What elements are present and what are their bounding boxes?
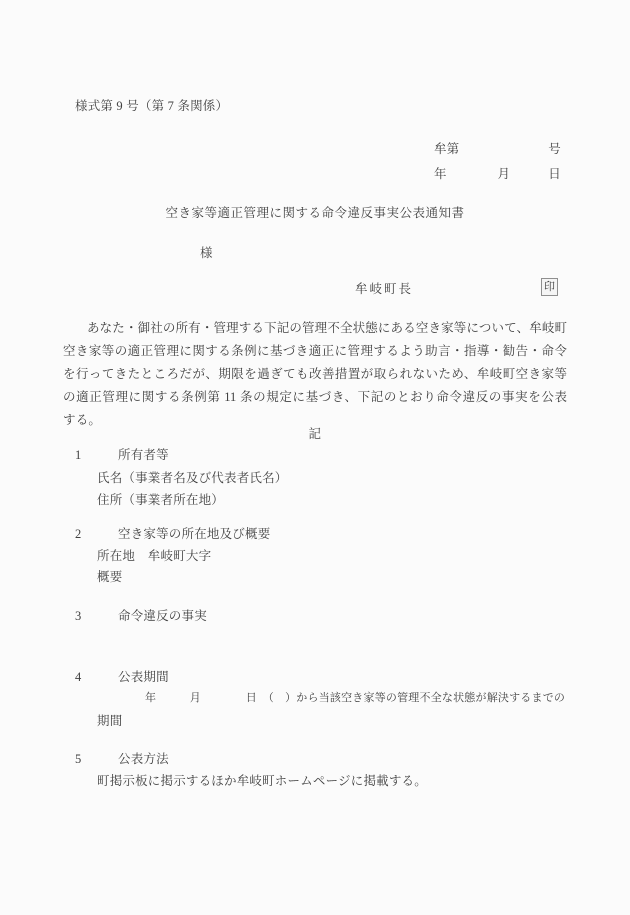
section-2-heading: 空き家等の所在地及び概要 xyxy=(118,528,270,541)
section-1-line-address: 住所（事業者所在地） xyxy=(97,494,224,507)
body-line-2: 空き家等の適正管理に関する条例に基づき適正に管理するよう助言・指導・勧告・命令 xyxy=(63,345,567,358)
document-number-line: 牟第 号 xyxy=(63,143,561,156)
record-marker: 記 xyxy=(0,428,630,441)
section-5-line-method: 町掲示板に掲示するほか牟岐町ホームページに掲載する。 xyxy=(97,775,427,788)
seal-box: 印 xyxy=(541,278,558,296)
document-title: 空き家等適正管理に関する命令違反事実公表通知書 xyxy=(0,207,630,220)
section-1-line-name: 氏名（事業者名及び代表者氏名） xyxy=(97,472,288,485)
section-5-heading: 公表方法 xyxy=(118,753,169,766)
section-4-heading: 公表期間 xyxy=(118,671,169,684)
section-4-line-period-cont: 期間 xyxy=(97,715,122,728)
section-2-line-location: 所在地 牟岐町大字 xyxy=(97,550,211,563)
body-line-3: を行ってきたところだが、期限を過ぎても改善措置が取られないため、牟岐町空き家等 xyxy=(63,368,567,381)
section-2-line-summary: 概要 xyxy=(97,571,122,584)
document-page: 様式第 9 号（第 7 条関係） 牟第 号 年 月 日 空き家等適正管理に関する… xyxy=(0,0,630,915)
section-3-heading: 命令違反の事実 xyxy=(118,610,207,623)
body-line-1: あなた・御社の所有・管理する下記の管理不全状態にある空き家等について、牟岐町 xyxy=(87,322,567,335)
recipient-honorific: 様 xyxy=(200,247,213,260)
section-2-number: 2 xyxy=(75,528,81,541)
section-1-heading: 所有者等 xyxy=(118,449,169,462)
section-1-number: 1 xyxy=(75,449,81,462)
body-line-5: する。 xyxy=(63,414,101,427)
form-number: 様式第 9 号（第 7 条関係） xyxy=(75,100,228,113)
section-5-number: 5 xyxy=(75,753,81,766)
section-4-number: 4 xyxy=(75,671,81,684)
section-3-number: 3 xyxy=(75,610,81,623)
section-4-line-period: 年 月 日 （ ）から当該空き家等の管理不全な状態が解決するまでの xyxy=(145,693,565,704)
body-line-4: の適正管理に関する条例第 11 条の規定に基づき、下記のとおり命令違反の事実を公… xyxy=(63,391,567,404)
seal-mark: 印 xyxy=(544,281,555,293)
sender-name: 牟岐町長 xyxy=(355,283,413,296)
date-line: 年 月 日 xyxy=(63,168,561,181)
